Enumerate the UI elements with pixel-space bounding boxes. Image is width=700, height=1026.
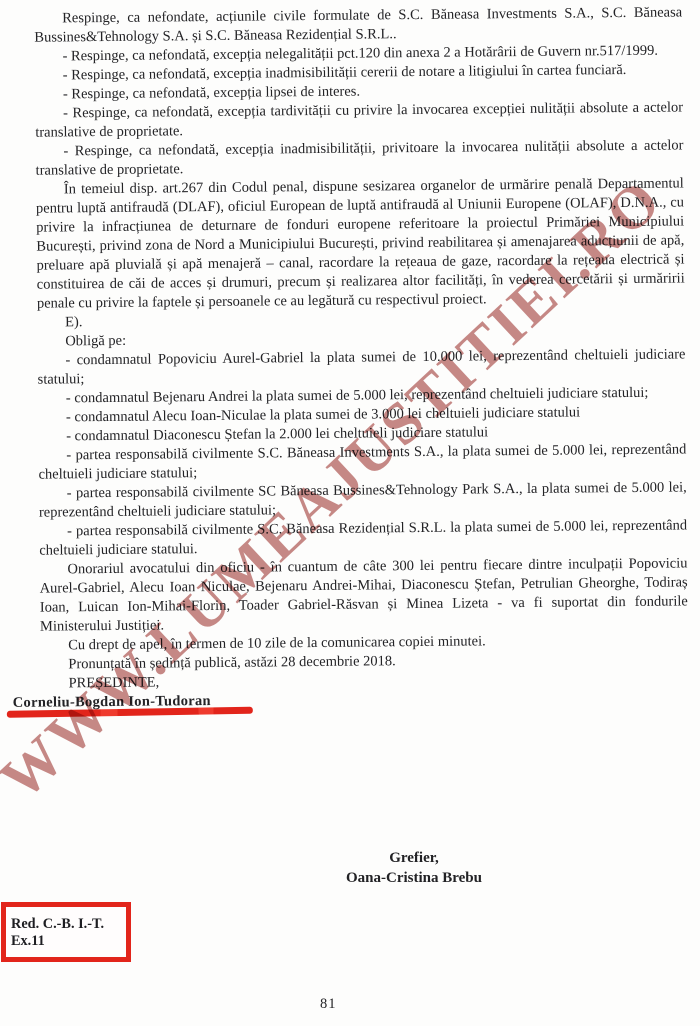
page-number: 81 [320,996,337,1013]
red-annotation-box: Red. C.-B. I.-T. Ex.11 [1,902,131,962]
ruling-paragraph: - partea responsabilă civilmente S.C. Bă… [39,516,687,560]
ruling-paragraph: - Respinge, ca nefondată, excepția inadm… [35,136,683,180]
clerk-name: Oana-Cristina Brebu [330,868,498,888]
ruling-paragraph: - partea responsabilă civilmente SC Băne… [39,478,687,522]
ruling-paragraph: - partea responsabilă civilmente S.C. Bă… [38,440,686,484]
clerk-label: Grefier, [330,848,498,868]
judgment-body-text: Respinge, ca nefondate, acțiunile civile… [0,0,700,713]
copies-count-line: Ex.11 [11,933,123,950]
ruling-paragraph: - condamnatul Popoviciu Aurel-Gabriel la… [37,345,685,389]
ruling-paragraph: Onorariul avocatului din oficiu - în cua… [39,554,688,636]
ruling-paragraph: În temeiul disp. art.267 din Codul penal… [36,174,685,313]
ruling-paragraph: - Respinge, ca nefondată, excepția tardi… [35,98,683,142]
scanned-court-document-page: WWW.LUMEAJUSTITIEI.RO Respinge, ca nefon… [0,0,700,1026]
clerk-signature-block: Grefier, Oana-Cristina Brebu [330,848,498,888]
ruling-paragraph: Respinge, ca nefondate, acțiunile civile… [34,3,682,47]
redaction-initials-line: Red. C.-B. I.-T. [11,916,123,933]
